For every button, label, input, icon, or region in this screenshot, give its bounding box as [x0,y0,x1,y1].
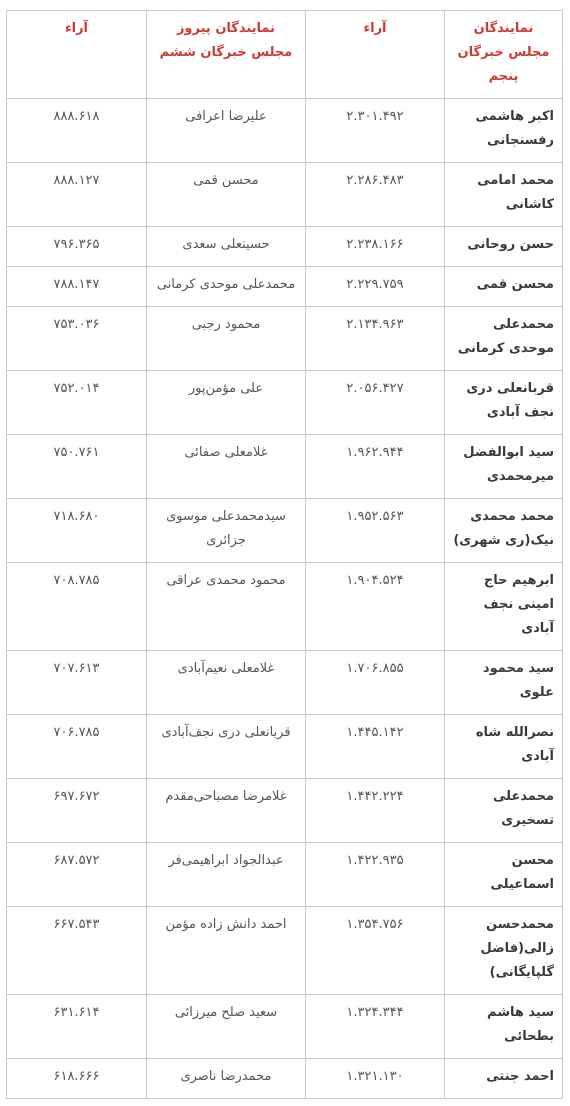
votes6-cell: ۸۸۸.۱۲۷ [7,163,147,227]
votes6-cell: ۶۶۷.۵۴۳ [7,907,147,995]
votes5-cell: ۱.۹۵۲.۵۶۳ [306,499,445,563]
votes6-cell: ۷۰۶.۷۸۵ [7,715,147,779]
col-header-members-5th: نمایندگان مجلس خبرگان پنجم [445,11,563,99]
table-row: احمد جنتی۱.۳۲۱.۱۳۰محمدرضا ناصری۶۱۸.۶۶۶ [7,1059,563,1099]
member6-name-cell: غلامعلی نعیم‌آبادی [147,651,306,715]
votes5-cell: ۲.۲۸۶.۴۸۳ [306,163,445,227]
table-row: محسن اسماعیلی۱.۴۲۲.۹۳۵عبدالجواد ابراهیمی… [7,843,563,907]
votes6-cell: ۷۵۳.۰۳۶ [7,307,147,371]
votes5-cell: ۱.۷۰۶.۸۵۵ [306,651,445,715]
table-row: محمد محمدی نیک(ری شهری)۱.۹۵۲.۵۶۳سیدمحمدع… [7,499,563,563]
votes5-cell: ۱.۹۰۴.۵۲۴ [306,563,445,651]
votes5-cell: ۱.۹۶۲.۹۴۴ [306,435,445,499]
member5-name-cell: قربانعلی دری نجف آبادی [445,371,563,435]
member6-name-cell: سعید صلح میرزائی [147,995,306,1059]
member5-name-cell: سید هاشم بطحائی [445,995,563,1059]
votes5-cell: ۲.۲۳۸.۱۶۶ [306,227,445,267]
votes5-cell: ۲.۲۲۹.۷۵۹ [306,267,445,307]
votes5-cell: ۱.۳۵۴.۷۵۶ [306,907,445,995]
table-row: نصرالله شاه آبادی۱.۴۴۵.۱۴۲قربانعلی دری ن… [7,715,563,779]
votes6-cell: ۷۹۶.۳۶۵ [7,227,147,267]
member5-name-cell: محمدحسن زالی(فاضل گلپایگانی) [445,907,563,995]
member6-name-cell: محسن قمی [147,163,306,227]
member6-name-cell: حسینعلی سعدی [147,227,306,267]
member5-name-cell: حسن روحانی [445,227,563,267]
votes6-cell: ۷۵۲.۰۱۴ [7,371,147,435]
table-row: سید محمود علوی۱.۷۰۶.۸۵۵غلامعلی نعیم‌آباد… [7,651,563,715]
member5-name-cell: ابرهیم حاج امینی نجف آبادی [445,563,563,651]
table-body: اکبر هاشمی رفسنجانی۲.۳۰۱.۴۹۲علیرضا اعراف… [7,99,563,1099]
member5-name-cell: محسن قمی [445,267,563,307]
experts-assembly-results-table: نمایندگان مجلس خبرگان پنجم آراء نمایندگا… [6,10,563,1099]
votes6-cell: ۷۰۷.۶۱۳ [7,651,147,715]
member6-name-cell: محمدرضا ناصری [147,1059,306,1099]
table-row: محسن قمی۲.۲۲۹.۷۵۹محمدعلی موحدی کرمانی۷۸۸… [7,267,563,307]
table-row: سید هاشم بطحائی۱.۳۲۴.۳۴۴سعید صلح میرزائی… [7,995,563,1059]
votes6-cell: ۸۸۸.۶۱۸ [7,99,147,163]
table-row: محمد امامی کاشانی۲.۲۸۶.۴۸۳محسن قمی۸۸۸.۱۲… [7,163,563,227]
table-row: حسن روحانی۲.۲۳۸.۱۶۶حسینعلی سعدی۷۹۶.۳۶۵ [7,227,563,267]
votes5-cell: ۱.۳۲۱.۱۳۰ [306,1059,445,1099]
col-header-votes-6th: آراء [7,11,147,99]
votes6-cell: ۶۳۱.۶۱۴ [7,995,147,1059]
member5-name-cell: محمدعلی تسخیری [445,779,563,843]
votes6-cell: ۶۸۷.۵۷۲ [7,843,147,907]
member6-name-cell: عبدالجواد ابراهیمی‌فر [147,843,306,907]
member5-name-cell: نصرالله شاه آبادی [445,715,563,779]
col-header-votes-5th: آراء [306,11,445,99]
table-row: ابرهیم حاج امینی نجف آبادی۱.۹۰۴.۵۲۴محمود… [7,563,563,651]
member5-name-cell: محسن اسماعیلی [445,843,563,907]
votes6-cell: ۶۱۸.۶۶۶ [7,1059,147,1099]
votes5-cell: ۱.۴۴۲.۲۲۴ [306,779,445,843]
table-row: قربانعلی دری نجف آبادی۲.۰۵۶.۴۲۷علی مؤمن‌… [7,371,563,435]
votes5-cell: ۱.۴۴۵.۱۴۲ [306,715,445,779]
votes6-cell: ۶۹۷.۶۷۲ [7,779,147,843]
table-row: اکبر هاشمی رفسنجانی۲.۳۰۱.۴۹۲علیرضا اعراف… [7,99,563,163]
member6-name-cell: محمدعلی موحدی کرمانی [147,267,306,307]
member5-name-cell: اکبر هاشمی رفسنجانی [445,99,563,163]
member5-name-cell: محمدعلی موحدی کرمانی [445,307,563,371]
member5-name-cell: سید محمود علوی [445,651,563,715]
member5-name-cell: محمد محمدی نیک(ری شهری) [445,499,563,563]
votes6-cell: ۷۸۸.۱۴۷ [7,267,147,307]
table-row: محمدعلی تسخیری۱.۴۴۲.۲۲۴غلامرضا مصباحی‌مق… [7,779,563,843]
member5-name-cell: احمد جنتی [445,1059,563,1099]
votes5-cell: ۲.۳۰۱.۴۹۲ [306,99,445,163]
votes5-cell: ۱.۳۲۴.۳۴۴ [306,995,445,1059]
member5-name-cell: محمد امامی کاشانی [445,163,563,227]
table-row: سید ابوالفضل میرمحمدی۱.۹۶۲.۹۴۴غلامعلی صف… [7,435,563,499]
votes6-cell: ۷۱۸.۶۸۰ [7,499,147,563]
votes5-cell: ۲.۱۳۴.۹۶۳ [306,307,445,371]
member6-name-cell: غلامعلی صفائی [147,435,306,499]
member6-name-cell: علیرضا اعرافی [147,99,306,163]
votes5-cell: ۲.۰۵۶.۴۲۷ [306,371,445,435]
col-header-members-6th: نمایندگان پیروز مجلس خبرگان ششم [147,11,306,99]
member6-name-cell: محمود رجبی [147,307,306,371]
member5-name-cell: سید ابوالفضل میرمحمدی [445,435,563,499]
member6-name-cell: علی مؤمن‌پور [147,371,306,435]
member6-name-cell: سیدمحمدعلی موسوی جزائری [147,499,306,563]
table-row: محمدحسن زالی(فاضل گلپایگانی)۱.۳۵۴.۷۵۶احم… [7,907,563,995]
votes6-cell: ۷۵۰.۷۶۱ [7,435,147,499]
header-row: نمایندگان مجلس خبرگان پنجم آراء نمایندگا… [7,11,563,99]
member6-name-cell: غلامرضا مصباحی‌مقدم [147,779,306,843]
table-row: محمدعلی موحدی کرمانی۲.۱۳۴.۹۶۳محمود رجبی۷… [7,307,563,371]
member6-name-cell: احمد دانش زاده مؤمن [147,907,306,995]
votes6-cell: ۷۰۸.۷۸۵ [7,563,147,651]
member6-name-cell: قربانعلی دری نجف‌آبادی [147,715,306,779]
page: نمایندگان مجلس خبرگان پنجم آراء نمایندگا… [0,0,570,1106]
votes5-cell: ۱.۴۲۲.۹۳۵ [306,843,445,907]
member6-name-cell: محمود محمدی عراقی [147,563,306,651]
